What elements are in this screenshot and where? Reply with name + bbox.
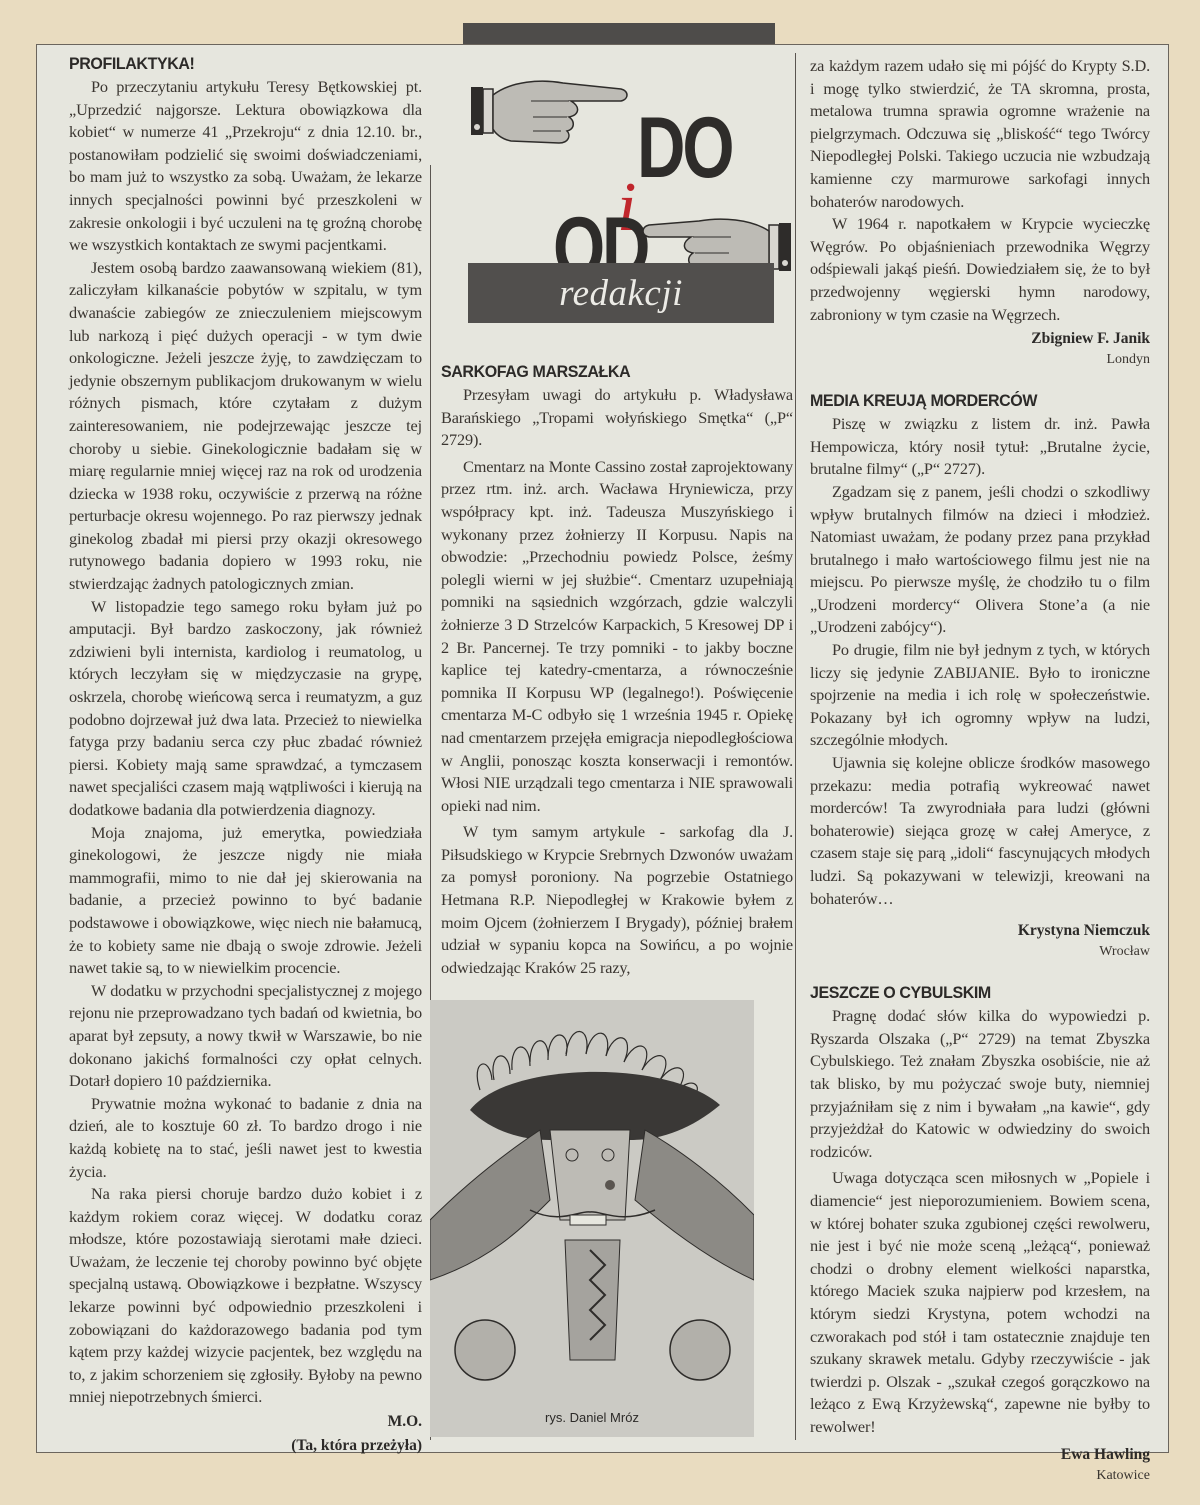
paragraph: W listopadzie tego samego roku byłam już… [69,596,422,822]
paragraph: za każdym razem udało się mi pójść do Kr… [810,55,1150,213]
masthead-subtitle: redakcji [559,272,683,315]
author-note: (Ta, która przeżyła) [69,1435,422,1457]
paragraph: Uwaga dotycząca scen miłosnych w „Popiel… [810,1167,1150,1438]
paragraph: Na raka piersi choruje bardzo dużo kobie… [69,1183,422,1409]
author-city: Katowice [810,1466,1150,1486]
article-title: JESZCZE O CYBULSKIM [810,984,1150,1005]
column-sarkofag: DO i OD redakcji SARKOFAG MARSZAŁKA Prze… [441,55,793,979]
illustration-caption: rys. Daniel Mróz [430,1410,754,1425]
author-city: Wrocław [810,942,1150,962]
column-profilaktyka: PROFILAKTYKA! Po przeczytaniu artykułu T… [69,55,422,1457]
paragraph: Przesyłam uwagi do artykułu p. Władysław… [441,384,793,452]
author-signature: Ewa Hawling [810,1444,1150,1466]
column-divider-2 [795,53,796,1440]
paragraph: W 1964 r. napotkałem w Krypcie wycieczkę… [810,213,1150,326]
paragraph: W tym samym artykule - sarkofag dla J. P… [441,821,793,979]
masthead-redakcji-bar: redakcji [468,263,774,323]
masthead-do-i-od-redakcji: DO i OD redakcji [441,55,793,355]
paragraph: Zgadzam się z panem, jeśli chodzi o szko… [810,481,1150,639]
paragraph: Po drugie, film nie był jednym z tych, w… [810,639,1150,752]
paragraph: Piszę w związku z listem dr. inż. Pawła … [810,413,1150,481]
paragraph: Jestem osobą bardzo zaawansowaną wiekiem… [69,257,422,596]
article-title: PROFILAKTYKA! [69,55,422,76]
paragraph: Pragnę dodać słów kilka do wypowiedzi p.… [810,1005,1150,1163]
author-city: Londyn [810,350,1150,370]
illustration-caricature: rys. Daniel Mróz [430,1000,754,1437]
paragraph: W dodatku w przychodni specjalistycznej … [69,980,422,1093]
pointing-hand-right-icon [471,71,631,151]
paragraph: Ujawnia się kolejne oblicze środków maso… [810,752,1150,910]
article-title: MEDIA KREUJĄ MORDERCÓW [810,392,1150,413]
author-signature: Krystyna Niemczuk [810,920,1150,942]
paragraph: Moja znajoma, już emerytka, powiedziała … [69,822,422,980]
column-right: za każdym razem udało się mi pójść do Kr… [810,55,1150,1486]
article-title: SARKOFAG MARSZAŁKA [441,363,793,384]
paragraph: Cmentarz na Monte Cassino został zaproje… [441,456,793,818]
author-signature: M.O. [69,1411,422,1433]
caricature-drawing-icon [430,1000,754,1400]
author-signature: Zbigniew F. Janik [810,328,1150,350]
paragraph: Prywatnie można wykonać to badanie z dni… [69,1093,422,1183]
paragraph: Po przeczytaniu artykułu Teresy Bętkowsk… [69,76,422,257]
masthead-do: DO [637,105,731,191]
